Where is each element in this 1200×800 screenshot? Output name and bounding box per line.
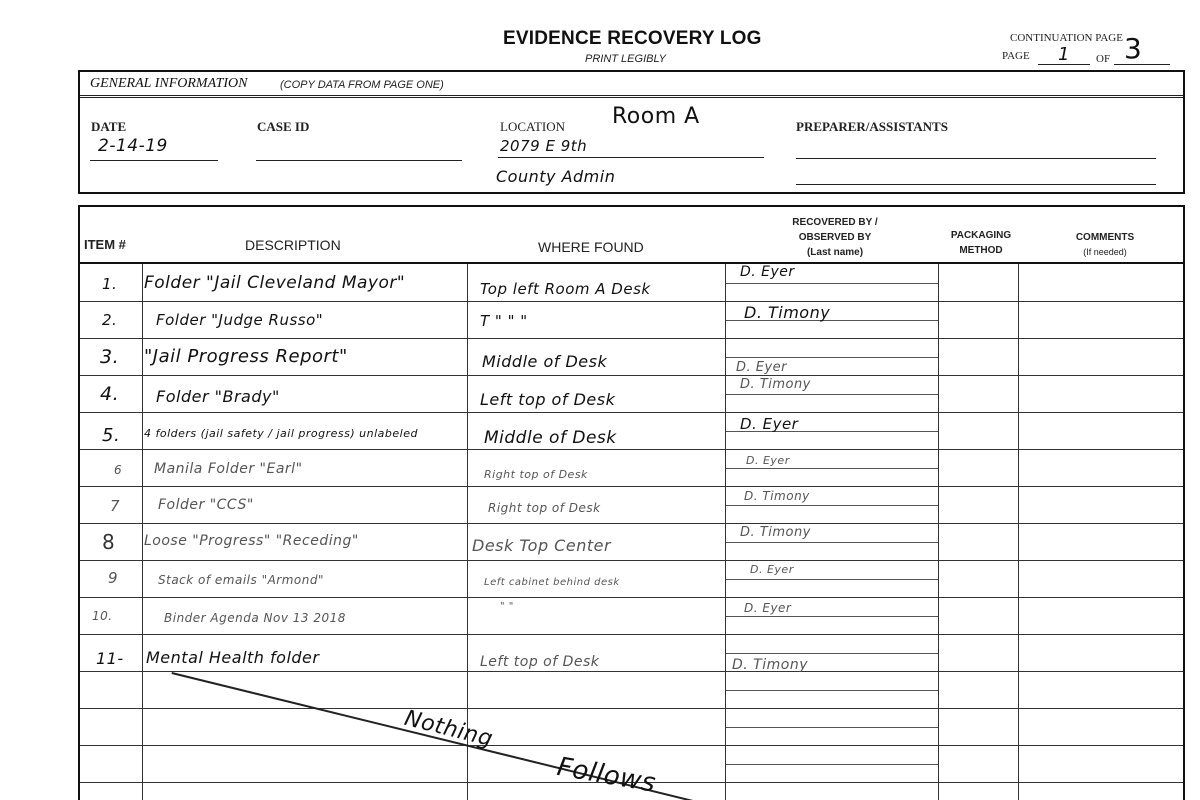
column-header-where-found: WHERE FOUND: [538, 239, 644, 255]
packaging-line-1: PACKAGING: [940, 228, 1022, 243]
item-description: "Jail Progress Report": [144, 346, 348, 367]
item-number: 1.: [102, 275, 117, 293]
date-value: 2-14-19: [98, 136, 168, 156]
page-subtitle: PRINT LEGIBLY: [585, 53, 666, 65]
item-where-found: Desk Top Center: [472, 536, 611, 555]
continuation-page-label: CONTINUATION PAGE: [1010, 32, 1123, 44]
item-description: Folder "Jail Cleveland Mayor": [144, 273, 405, 293]
page-title: EVIDENCE RECOVERY LOG: [503, 28, 762, 50]
location-line-3: County Admin: [496, 167, 615, 186]
item-description: Stack of emails "Armond": [158, 573, 324, 587]
item-description: Folder "Brady": [156, 387, 280, 406]
item-number: 2.: [102, 311, 117, 329]
item-recovered-by: D. Eyer: [740, 415, 798, 433]
comments-line-1: COMMENTS: [1050, 230, 1160, 245]
page-number-value: 1: [1058, 44, 1070, 65]
item-recovered-by: D. Timony: [740, 525, 811, 540]
recovered-by-line-3: (Last name): [740, 245, 930, 260]
preparer-field-2[interactable]: [796, 164, 1156, 185]
general-information-note: (COPY DATA FROM PAGE ONE): [280, 79, 444, 91]
general-information-header: GENERAL INFORMATION (COPY DATA FROM PAGE…: [80, 72, 1183, 98]
location-line-1: Room A: [612, 104, 700, 129]
item-number: 3.: [100, 346, 119, 368]
item-recovered-by: D. Eyer: [746, 454, 790, 467]
table-row-empty[interactable]: [80, 708, 1183, 745]
location-line-2: 2079 E 9th: [500, 137, 587, 155]
of-label: OF: [1096, 53, 1110, 65]
packaging-line-2: METHOD: [940, 243, 1022, 258]
recovered-by-line-1: RECOVERED BY /: [740, 215, 930, 230]
item-recovered-by: D. Timony: [740, 377, 811, 392]
item-where-found: Right top of Desk: [484, 468, 588, 481]
column-header-comments: COMMENTS (If needed): [1050, 230, 1160, 260]
page-total-field[interactable]: 3: [1114, 50, 1170, 65]
item-recovered-by: D. Eyer: [740, 264, 795, 280]
item-recovered-by: D. Eyer: [744, 601, 791, 615]
item-number: 4.: [100, 383, 119, 405]
item-description: Binder Agenda Nov 13 2018: [164, 611, 346, 625]
item-number: 6: [114, 463, 122, 477]
item-description: Loose "Progress" "Receding": [144, 533, 359, 549]
item-where-found: Left cabinet behind desk: [484, 577, 620, 588]
item-number: 8: [102, 530, 115, 554]
date-label: DATE: [91, 119, 126, 135]
item-number: 7: [110, 497, 120, 515]
item-where-found: Left top of Desk: [480, 654, 599, 670]
item-description: Folder "Judge Russo": [156, 311, 323, 329]
column-header-packaging: PACKAGING METHOD: [940, 228, 1022, 258]
item-number: 5.: [102, 425, 120, 446]
evidence-table: ITEM # DESCRIPTION WHERE FOUND RECOVERED…: [78, 205, 1185, 800]
item-description: 4 folders (jail safety / jail progress) …: [144, 427, 418, 440]
item-where-found: Left top of Desk: [480, 390, 615, 409]
page-indicator: PAGE: [1002, 50, 1030, 62]
item-description: Folder "CCS": [158, 497, 254, 513]
item-number: 10.: [92, 609, 113, 623]
item-description: Manila Folder "Earl": [154, 461, 303, 477]
item-recovered-by: D. Eyer: [736, 360, 787, 375]
item-where-found: " ": [500, 601, 514, 612]
page-total-value: 3: [1124, 32, 1142, 65]
item-where-found: Middle of Desk: [482, 352, 607, 371]
item-where-found: Middle of Desk: [484, 428, 617, 448]
item-description: Mental Health folder: [146, 648, 319, 667]
item-number: 9: [108, 569, 118, 587]
preparer-field-1[interactable]: [796, 138, 1156, 159]
column-header-item: ITEM #: [84, 237, 126, 252]
page-number-field[interactable]: 1: [1038, 50, 1090, 65]
item-recovered-by: D. Timony: [744, 303, 830, 322]
page-label: PAGE: [1002, 50, 1030, 62]
date-field[interactable]: 2-14-19: [90, 138, 218, 161]
column-header-description: DESCRIPTION: [245, 237, 341, 253]
location-label: LOCATION: [500, 119, 565, 135]
item-recovered-by: D. Eyer: [750, 563, 794, 576]
preparer-label: PREPARER/ASSISTANTS: [796, 119, 948, 135]
comments-line-2: (If needed): [1050, 245, 1160, 260]
item-recovered-by: D. Timony: [744, 489, 810, 503]
case-id-label: CASE ID: [257, 119, 309, 135]
location-field-line-2[interactable]: 2079 E 9th: [498, 135, 764, 158]
item-where-found: Top left Room A Desk: [480, 280, 651, 298]
item-number: 11-: [96, 649, 124, 668]
item-where-found: T " " ": [480, 312, 528, 330]
general-information-section: GENERAL INFORMATION (COPY DATA FROM PAGE…: [78, 70, 1185, 194]
column-header-recovered-by: RECOVERED BY / OBSERVED BY (Last name): [740, 215, 930, 260]
general-information-heading: GENERAL INFORMATION: [90, 76, 248, 92]
case-id-field[interactable]: [256, 138, 462, 161]
recovered-by-line-2: OBSERVED BY: [740, 230, 930, 245]
item-where-found: Right top of Desk: [488, 501, 601, 515]
